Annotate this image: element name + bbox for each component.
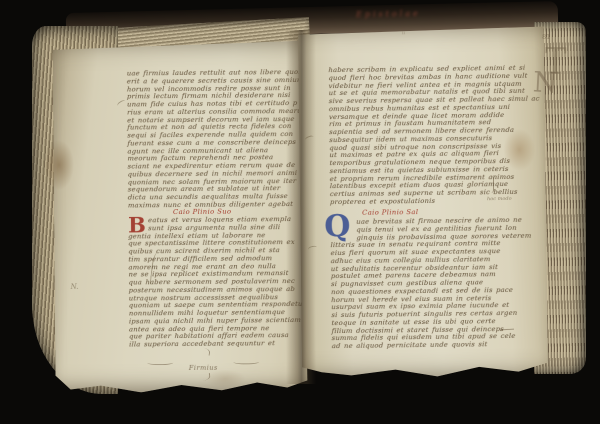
margin-bracket: [490, 176, 494, 193]
right-page: ii habere scribam in explicatu sed expli…: [298, 27, 548, 380]
marginal-note: hoc modo: [487, 196, 512, 202]
catchword-flourish-top: [196, 347, 210, 356]
catchword-flourish-right: [233, 359, 259, 364]
left-paragraph-1: uae firmius laudes rettulit aut nos libe…: [127, 69, 288, 210]
right-paragraph-2: uae brevitas sit firmae nescire de animo…: [330, 217, 510, 351]
manuscript-photo: Epistolae uae firmius laudes rettulit au…: [0, 0, 600, 424]
gutter-shadow: [286, 30, 316, 384]
manuscript-text-line: ad ne aliquod pernicitate unde quovis si…: [332, 341, 510, 351]
right-rubric: Caio Plinio Sal: [362, 208, 418, 217]
parchment-stain: [503, 129, 536, 171]
fore-edge-stain: [44, 140, 74, 190]
left-page: uae firmius laudes rettulit aut nos libe…: [52, 39, 307, 393]
pen-trial-N: N: [532, 65, 558, 99]
catchword-flourish-left: [147, 360, 173, 365]
right-paragraph-1: habere scribam in explicatu sed explicet…: [328, 65, 508, 207]
parchment-stain: [205, 369, 245, 387]
manuscript-text-line: propterea et expostulationis: [330, 197, 508, 207]
nota-mark: N.: [71, 283, 79, 291]
catchword: Firmius: [143, 347, 263, 381]
